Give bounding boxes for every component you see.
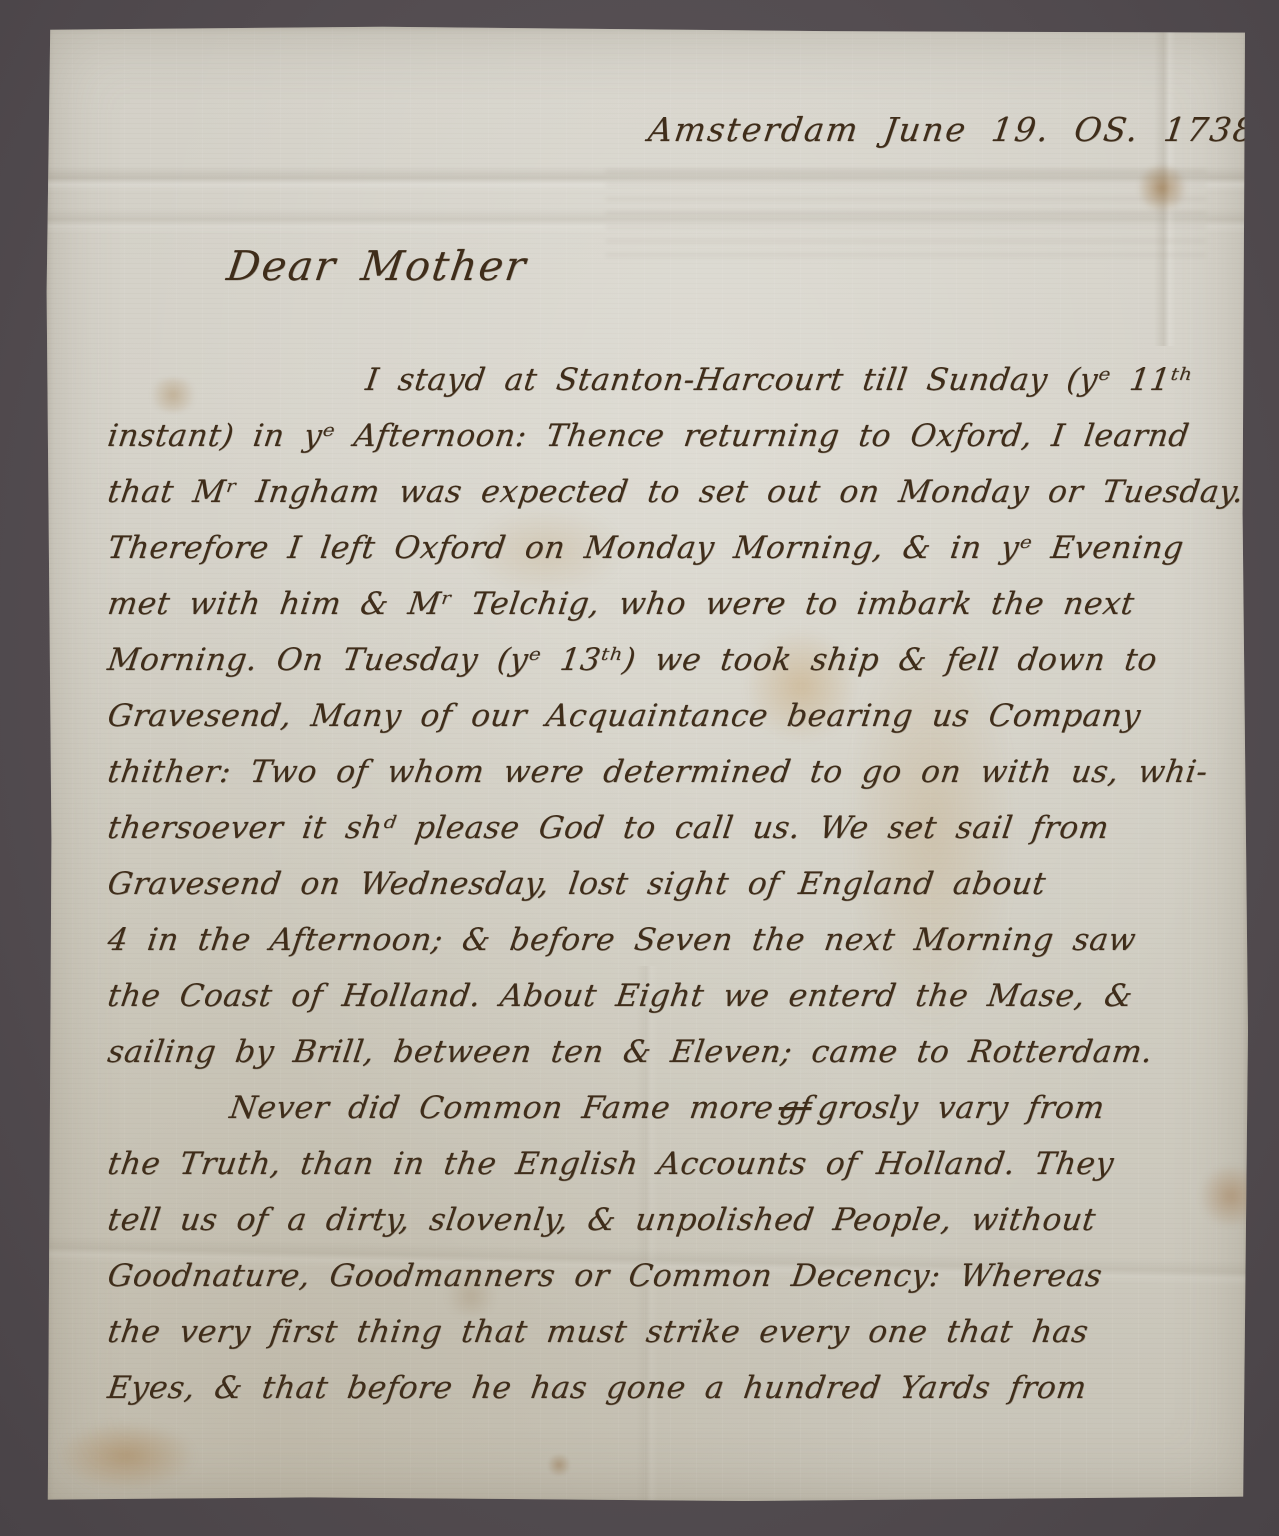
line-text: the very first thing that must strike ev…: [104, 1304, 1092, 1360]
line-text: 4 in the Afternoon; & before Seven the n…: [104, 912, 1140, 968]
letter-line-14: Never did Common Fame moregfgrosly vary …: [104, 1080, 1214, 1136]
line-text: sailing by Brill, between ten & Eleven; …: [104, 1024, 1157, 1080]
stain-bottom-left: [56, 1421, 196, 1491]
line-text: the Coast of Holland. About Eight we ent…: [104, 968, 1137, 1024]
line-text: Goodnature, Goodmanners or Common Decenc…: [104, 1248, 1106, 1304]
fold-crease-top: [46, 166, 1248, 192]
line-text: tell us of a dirty, slovenly, & unpolish…: [104, 1192, 1100, 1248]
line-text: the Truth, than in the English Accounts …: [104, 1136, 1118, 1192]
letter-line-5: met with him & Mʳ Telchig, who were to i…: [104, 576, 1214, 632]
letter-line-1: I stayd at Stanton-Harcourt till Sunday …: [104, 352, 1214, 408]
letter-body: I stayd at Stanton-Harcourt till Sunday …: [104, 352, 1214, 1416]
letter-line-4: Therefore I left Oxford on Monday Mornin…: [104, 520, 1214, 576]
letter-line-8: thither: Two of whom were determined to …: [104, 744, 1214, 800]
line-text: that Mʳ Ingham was expected to set out o…: [104, 464, 1248, 520]
fox-dot-bottom: [546, 1454, 572, 1476]
line-text: met with him & Mʳ Telchig, who were to i…: [104, 576, 1138, 632]
letter-line-11: 4 in the Afternoon; & before Seven the n…: [104, 912, 1214, 968]
deleted-word: gf: [775, 1080, 815, 1136]
letter-line-13: sailing by Brill, between ten & Eleven; …: [104, 1024, 1214, 1080]
letter-line-17: Goodnature, Goodmanners or Common Decenc…: [104, 1248, 1214, 1304]
line-text: Never did Common Fame more: [226, 1080, 777, 1136]
line-text: instant) in yᵉ Afternoon: Thence returni…: [104, 408, 1193, 464]
line-text: I stayd at Stanton-Harcourt till Sunday …: [362, 352, 1197, 408]
line-text: Gravesend, Many of our Acquaintance bear…: [104, 688, 1145, 744]
letter-paper: Amsterdam June 19. OS. 1738. Dear Mother…: [46, 26, 1248, 1504]
letter-line-18: the very first thing that must strike ev…: [104, 1304, 1214, 1360]
letter-salutation: Dear Mother: [224, 242, 530, 290]
fold-crease-top-2: [46, 208, 1248, 234]
letter-line-19: Eyes, & that before he has gone a hundre…: [104, 1360, 1214, 1416]
letter-line-15: the Truth, than in the English Accounts …: [104, 1136, 1214, 1192]
letter-line-16: tell us of a dirty, slovenly, & unpolish…: [104, 1192, 1214, 1248]
letter-dateline: Amsterdam June 19. OS. 1738.: [646, 110, 1271, 149]
line-text: Gravesend on Wednesday, lost sight of En…: [104, 856, 1050, 912]
letter-line-7: Gravesend, Many of our Acquaintance bear…: [104, 688, 1214, 744]
line-text: thither: Two of whom were determined to …: [104, 744, 1212, 800]
line-text: thersoever it shᵈ please God to call us.…: [104, 800, 1113, 856]
letter-line-10: Gravesend on Wednesday, lost sight of En…: [104, 856, 1214, 912]
line-text: Therefore I left Oxford on Monday Mornin…: [104, 520, 1188, 576]
letter-line-9: thersoever it shᵈ please God to call us.…: [104, 800, 1214, 856]
letter-line-12: the Coast of Holland. About Eight we ent…: [104, 968, 1214, 1024]
fold-crease-right: [1154, 26, 1176, 346]
letter-line-2: instant) in yᵉ Afternoon: Thence returni…: [104, 408, 1214, 464]
letter-line-6: Morning. On Tuesday (yᵉ 13ᵗʰ) we took sh…: [104, 632, 1214, 688]
ink-bleedthrough: [606, 166, 1206, 256]
line-text: Eyes, & that before he has gone a hundre…: [104, 1360, 1090, 1416]
line-text: grosly vary from: [814, 1080, 1109, 1136]
fox-spot-dateline: [1136, 164, 1188, 212]
letter-line-3: that Mʳ Ingham was expected to set out o…: [104, 464, 1214, 520]
line-text: Morning. On Tuesday (yᵉ 13ᵗʰ) we took sh…: [104, 632, 1161, 688]
